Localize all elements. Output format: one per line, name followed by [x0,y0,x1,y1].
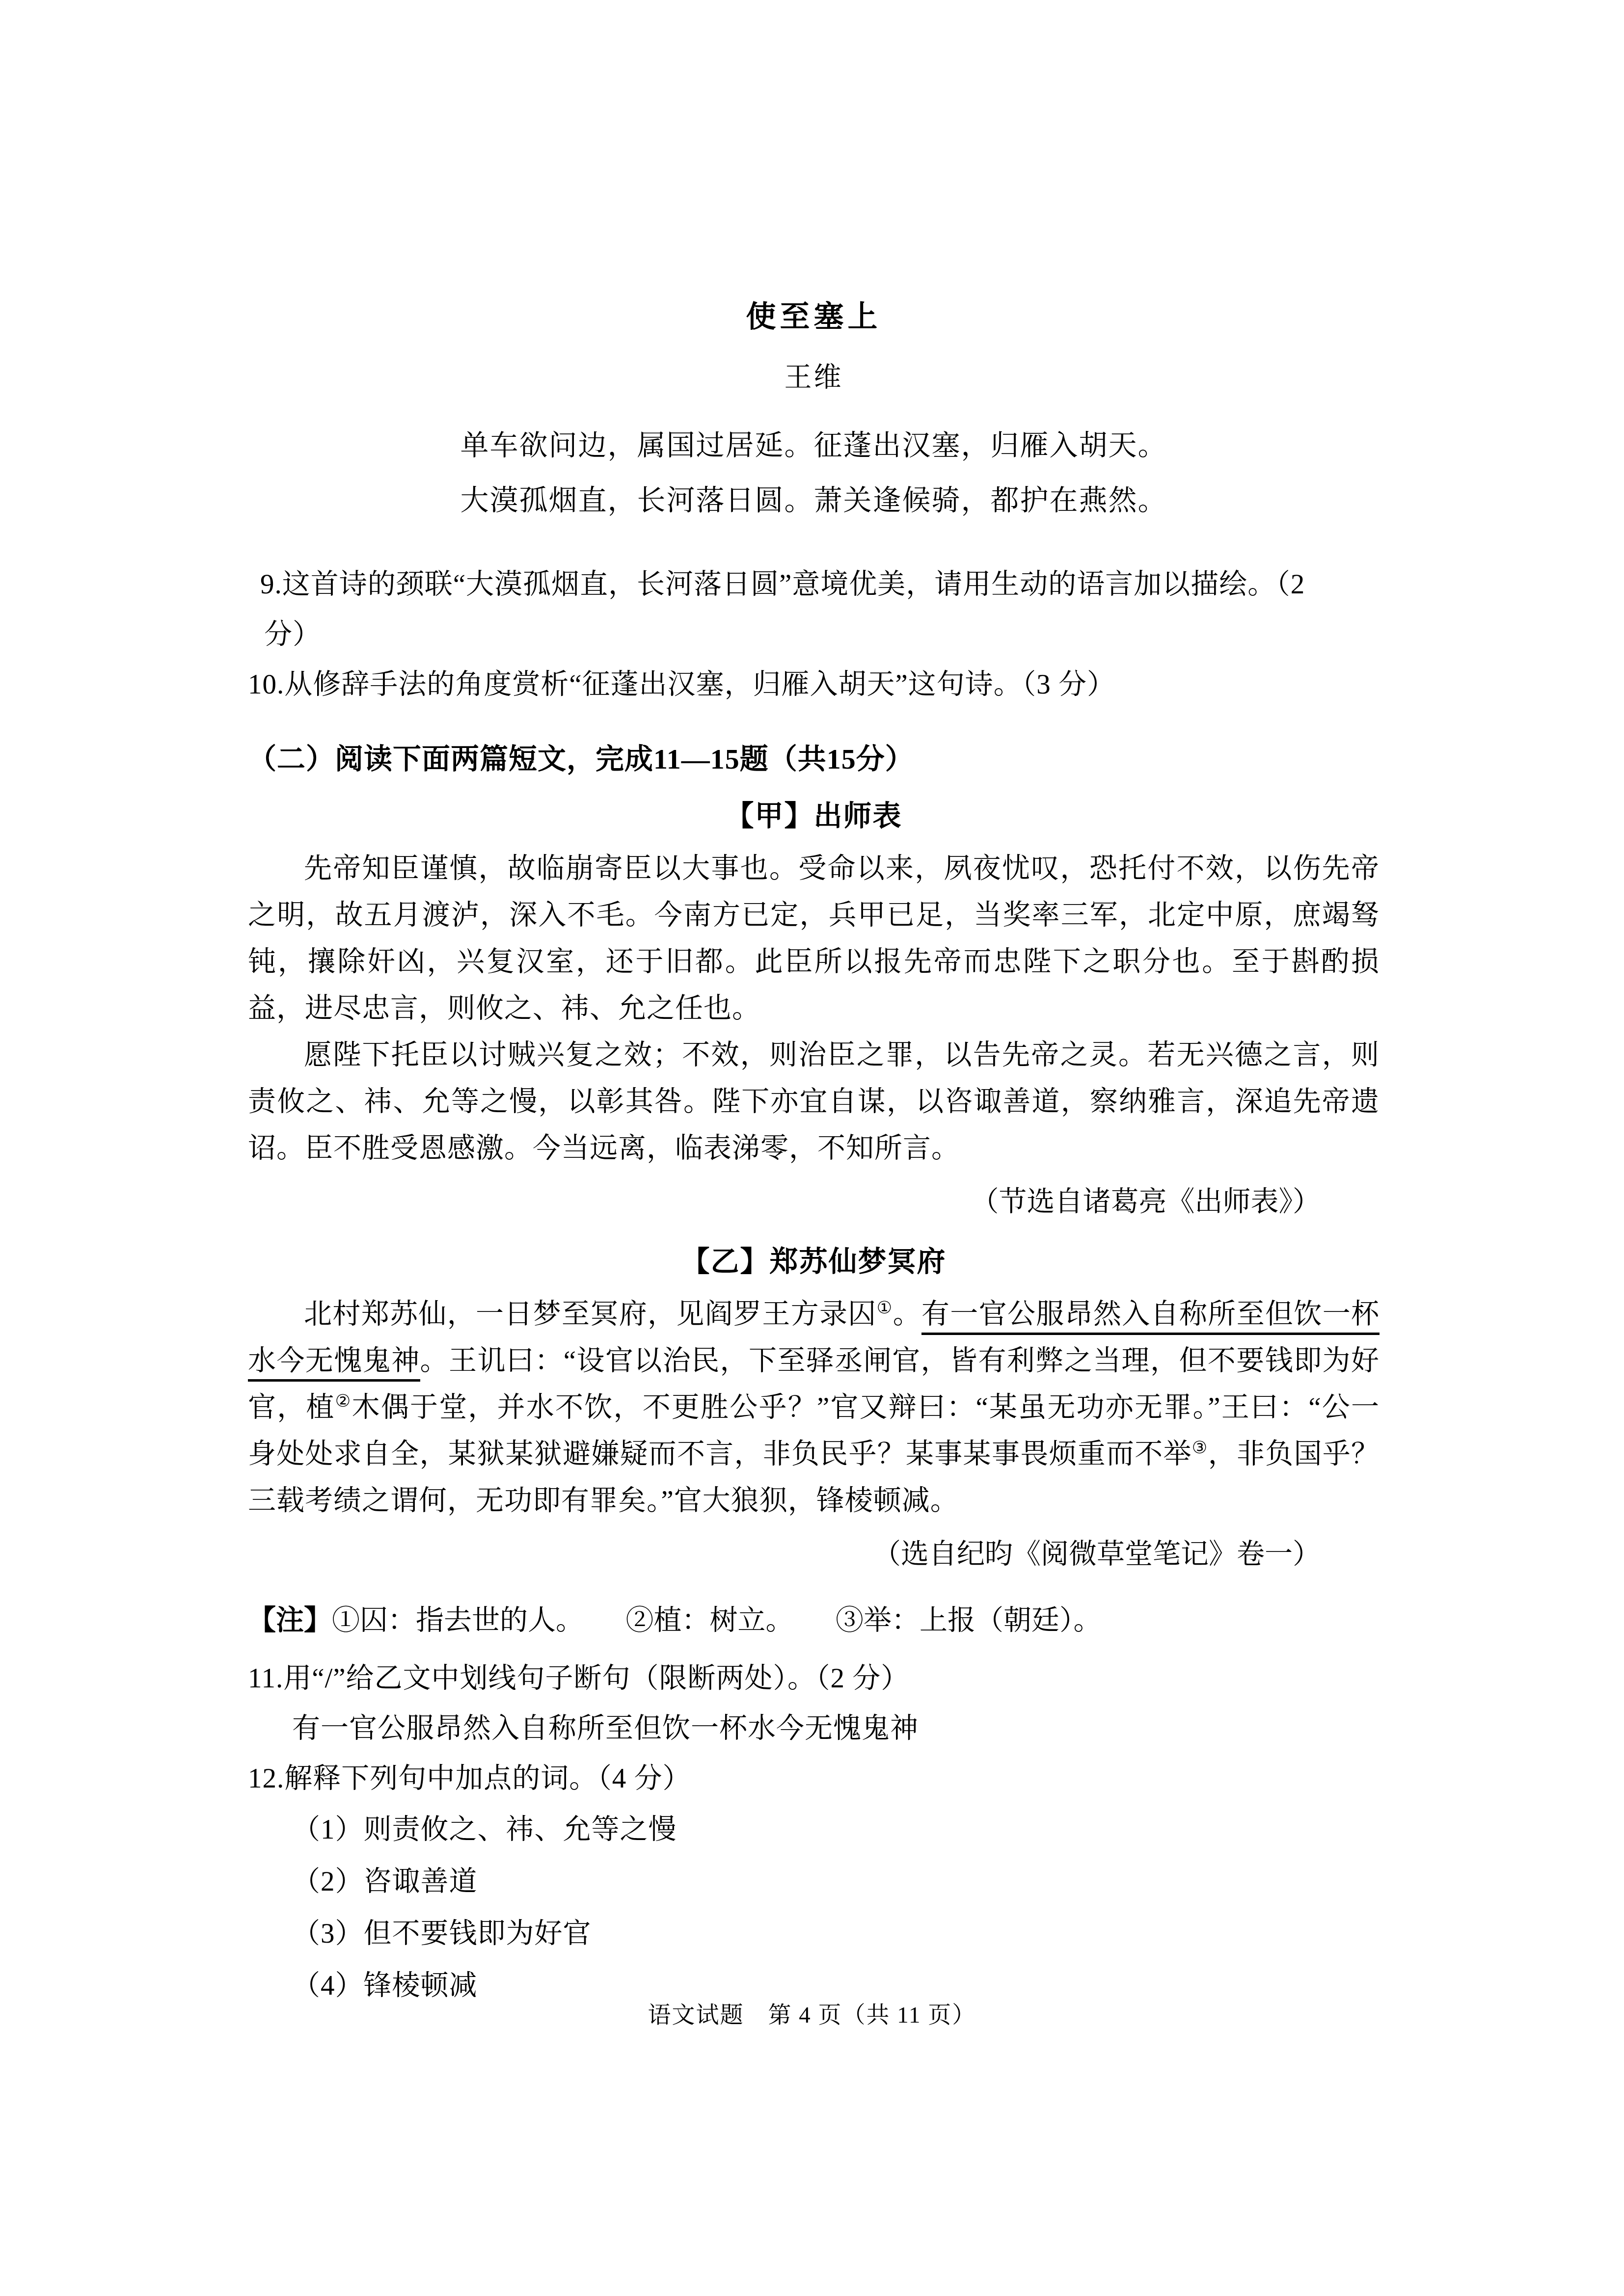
note-marker-1: ① [877,1298,893,1317]
passage-jia-source: （节选自诸葛亮《出师表》） [248,1178,1380,1225]
question-9: 9.这首诗的颈联“大漠孤烟直，长河落日圆”意境优美，请用生动的语言加以描绘。（2 [248,560,1380,610]
note-marker-3: ③ [1192,1438,1208,1457]
question-12: 12.解释下列句中加点的词。（4 分） [248,1754,1380,1804]
question-11-sentence: 有一官公服昂然入自称所至但饮一杯水今无愧鬼神 [248,1704,1380,1754]
poem-title: 使至塞上 [248,300,1380,335]
poem-line-2: 大漠孤烟直，长河落日圆。萧关逢候骑，都护在燕然。 [248,473,1380,528]
passage-jia-paragraph-1: 先帝知臣谨慎，故临崩寄臣以大事也。受命以来，夙夜忧叹，恐托付不效，以伤先帝之明，… [248,845,1380,1032]
notes-line: 【注】①囚：指去世的人。 ②植：树立。 ③举：上报（朝廷）。 [248,1597,1380,1644]
question-12-block: 12.解释下列句中加点的词。（4 分） （1）则责攸之、祎、允等之慢 （2）咨诹… [248,1754,1380,2012]
passage-yi-source: （选自纪昀《阅微草堂笔记》卷一） [248,1531,1380,1577]
question-11-block: 11.用“/”给乙文中划线句子断句（限断两处）。（2 分） 有一官公服昂然入自称… [248,1654,1380,1754]
poetry-questions: 9.这首诗的颈联“大漠孤烟直，长河落日圆”意境优美，请用生动的语言加以描绘。（2… [248,560,1380,710]
passage-yi-title: 【乙】郑苏仙梦冥府 [248,1245,1380,1279]
poem-block: 使至塞上 王维 单车欲问边，属国过居延。征蓬出汉塞，归雁入胡天。 大漠孤烟直，长… [248,300,1380,528]
yi-text-segment-1: 北村郑苏仙，一日梦至冥府，见阎罗王方录囚 [304,1299,877,1330]
question-11: 11.用“/”给乙文中划线句子断句（限断两处）。（2 分） [248,1654,1380,1704]
notes-label: 【注】 [248,1605,332,1636]
exam-paper-page: 使至塞上 王维 单车欲问边，属国过居延。征蓬出汉塞，归雁入胡天。 大漠孤烟直，长… [0,0,1624,2296]
yi-text-segment-2: 。 [893,1299,921,1330]
poem-author: 王维 [248,362,1380,393]
question-9-continuation: 分） [248,610,1380,660]
section-2-header: （二）阅读下面两篇短文，完成11—15题（共15分） [248,734,1380,784]
page-footer: 语文试题 第 4 页（共 11 页） [0,1997,1624,2029]
passage-jia-title: 【甲】出师表 [248,799,1380,833]
question-12-item-1: （1）则责攸之、祎、允等之慢 [248,1804,1380,1856]
page-content: 使至塞上 王维 单车欲问边，属国过居延。征蓬出汉塞，归雁入胡天。 大漠孤烟直，长… [248,300,1380,2012]
note-marker-2: ② [335,1391,352,1411]
question-12-item-3: （3）但不要钱即为好官 [248,1908,1380,1960]
passage-jia-paragraph-2: 愿陛下托臣以讨贼兴复之效；不效，则治臣之罪，以告先帝之灵。若无兴德之言，则责攸之… [248,1032,1380,1172]
passage-yi-paragraph: 北村郑苏仙，一日梦至冥府，见阎罗王方录囚①。有一官公服昂然入自称所至但饮一杯水今… [248,1291,1380,1524]
notes-items: ①囚：指去世的人。 ②植：树立。 ③举：上报（朝廷）。 [332,1605,1102,1636]
poem-line-1: 单车欲问边，属国过居延。征蓬出汉塞，归雁入胡天。 [248,418,1380,473]
question-12-item-2: （2）咨诹善道 [248,1856,1380,1908]
question-10: 10.从修辞手法的角度赏析“征蓬出汉塞，归雁入胡天”这句诗。（3 分） [248,660,1380,710]
